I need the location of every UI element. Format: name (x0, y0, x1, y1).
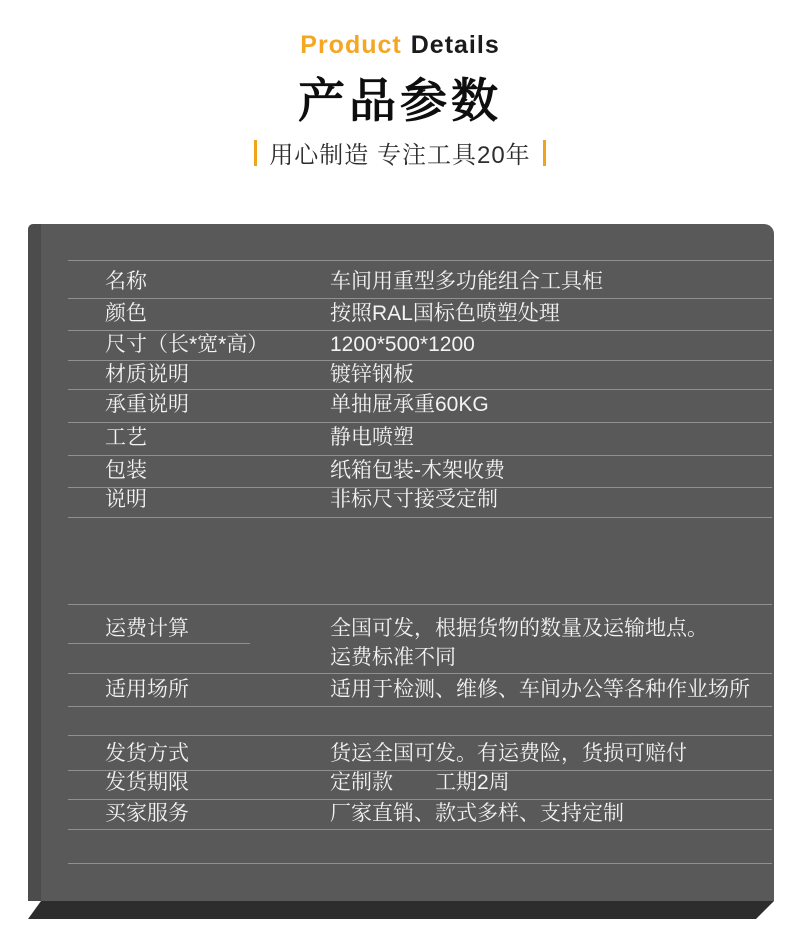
spec-value: 全国可发，根据货物的数量及运输地点。 (330, 617, 708, 641)
row-divider (68, 863, 772, 864)
row-divider (68, 298, 772, 299)
spec-label: 名称 (105, 270, 147, 294)
row-divider (68, 360, 772, 361)
spec-value: 单抽屉承重60KG (330, 393, 489, 417)
row-divider (68, 422, 772, 423)
spec-label: 材质说明 (105, 363, 189, 387)
row-divider (68, 330, 772, 331)
tagline: 用心制造 专注工具20年 (0, 135, 800, 170)
row-divider (68, 260, 772, 261)
spec-label: 包装 (105, 459, 147, 483)
spec-label: 运费计算 (105, 617, 189, 641)
spec-value: 纸箱包装-木架收费 (330, 459, 505, 483)
row-divider (68, 604, 772, 605)
spec-label: 承重说明 (105, 393, 189, 417)
spec-value: 按照RAL国标色喷塑处理 (330, 302, 560, 326)
spec-value: 厂家直销、款式多样、支持定制 (330, 802, 624, 826)
eyebrow-rest-text: Details (411, 31, 500, 59)
row-divider (68, 799, 772, 800)
spec-value-line2: 运费标准不同 (330, 646, 456, 670)
spec-value: 非标尺寸接受定制 (330, 488, 498, 512)
row-divider (68, 673, 772, 674)
spec-value: 定制款 工期2周 (330, 771, 510, 795)
spec-value: 货运全国可发。有运费险，货损可赔付 (330, 742, 687, 766)
spec-table-panel: 名称 车间用重型多功能组合工具柜 颜色 按照RAL国标色喷塑处理 尺寸（长*宽*… (41, 224, 774, 901)
row-divider (68, 455, 772, 456)
eyebrow-accent-text: Product (300, 31, 401, 59)
panel-bottom-bevel (28, 901, 774, 919)
spec-label: 适用场所 (105, 678, 189, 702)
spec-label: 说明 (105, 488, 147, 512)
spec-label: 工艺 (105, 426, 147, 450)
row-divider-partial (68, 643, 250, 644)
spec-value: 车间用重型多功能组合工具柜 (330, 270, 603, 294)
row-divider (68, 706, 772, 707)
spec-value: 镀锌钢板 (330, 363, 414, 387)
tagline-left-bar (254, 140, 257, 166)
spec-label: 买家服务 (105, 802, 189, 826)
spec-label: 发货方式 (105, 742, 189, 766)
section-eyebrow: ProductDetails (0, 31, 800, 60)
row-divider (68, 735, 772, 736)
row-divider (68, 829, 772, 830)
spec-value: 静电喷塑 (330, 426, 414, 450)
tagline-right-bar (543, 140, 546, 166)
spec-label: 尺寸（长*宽*高） (105, 333, 268, 357)
page-title: 产品参数 (0, 64, 800, 131)
product-details-page: ProductDetails 产品参数 用心制造 专注工具20年 名称 车间用重… (0, 0, 800, 936)
spec-value: 适用于检测、维修、车间办公等各种作业场所 (330, 678, 750, 702)
spec-label: 发货期限 (105, 771, 189, 795)
row-divider (68, 517, 772, 518)
spec-label: 颜色 (105, 302, 147, 326)
panel-left-bevel (28, 224, 41, 901)
row-divider (68, 389, 772, 390)
tagline-text: 用心制造 专注工具20年 (269, 135, 530, 170)
spec-value: 1200*500*1200 (330, 333, 475, 357)
